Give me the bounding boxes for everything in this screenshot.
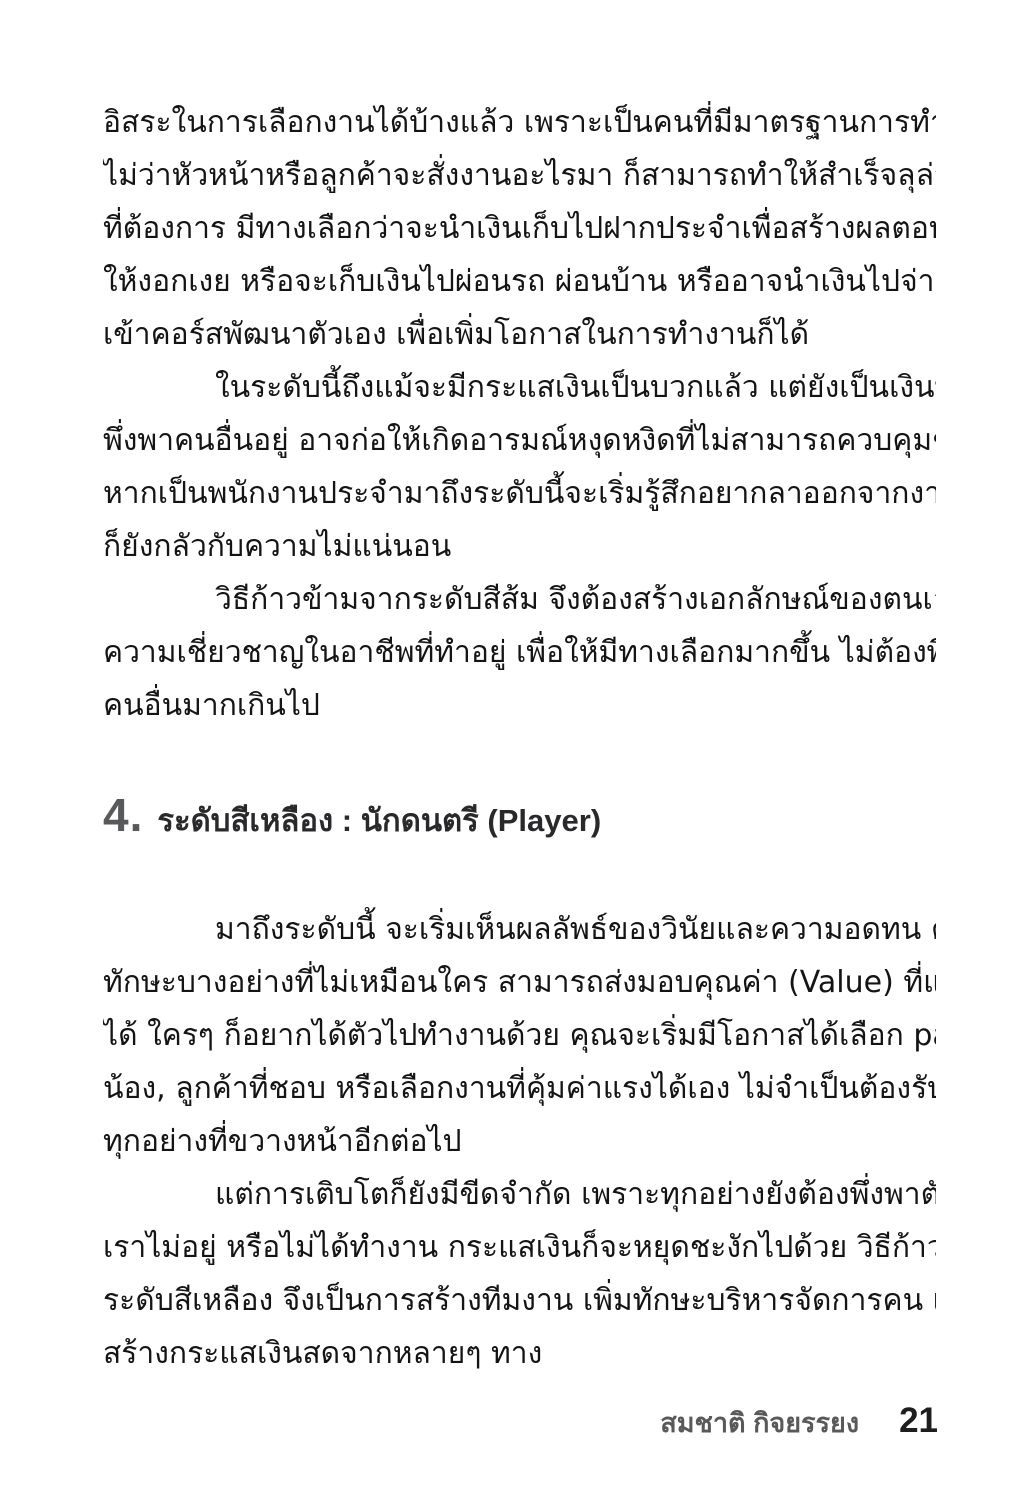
paragraph-line: หากเป็นพนักงานประจำมาถึงระดับนี้จะเริ่มร… bbox=[103, 467, 936, 520]
paragraph-line: ได้ ใครๆ ก็อยากได้ตัวไปทำงานด้วย คุณจะเร… bbox=[103, 1009, 936, 1062]
paragraph-line: ในระดับนี้ถึงแม้จะมีกระแสเงินเป็นบวกแล้ว… bbox=[103, 361, 936, 414]
author-name: สมชาติ กิจยรรยง bbox=[660, 1401, 859, 1444]
paragraph-line: ทุกอย่างที่ขวางหน้าอีกต่อไป bbox=[103, 1115, 936, 1168]
page-content: อิสระในการเลือกงานได้บ้างแล้ว เพราะเป็นค… bbox=[103, 96, 936, 1380]
paragraph-line: ไม่ว่าหัวหน้าหรือลูกค้าจะสั่งงานอะไรมา ก… bbox=[103, 149, 936, 202]
paragraph-5: แต่การเติบโตก็ยังมีขีดจำกัด เพราะทุกอย่า… bbox=[103, 1168, 936, 1380]
paragraph-1: อิสระในการเลือกงานได้บ้างแล้ว เพราะเป็นค… bbox=[103, 96, 936, 361]
paragraph-line: เข้าคอร์สพัฒนาตัวเอง เพื่อเพิ่มโอกาสในกา… bbox=[103, 308, 936, 361]
paragraph-line: แต่การเติบโตก็ยังมีขีดจำกัด เพราะทุกอย่า… bbox=[103, 1168, 936, 1221]
paragraph-line: ที่ต้องการ มีทางเลือกว่าจะนำเงินเก็บไปฝา… bbox=[103, 202, 936, 255]
paragraph-line: สร้างกระแสเงินสดจากหลายๆ ทาง bbox=[103, 1327, 936, 1380]
paragraph-line: ก็ยังกลัวกับความไม่แน่นอน bbox=[103, 520, 936, 573]
page-footer: สมชาติ กิจยรรยง 21 bbox=[660, 1401, 938, 1444]
paragraph-line: พึ่งพาคนอื่นอยู่ อาจก่อให้เกิดอารมณ์หงุด… bbox=[103, 414, 936, 467]
section-title: ระดับสีเหลือง : นักดนตรี (Player) bbox=[157, 795, 601, 845]
paragraph-line: ระดับสีเหลือง จึงเป็นการสร้างทีมงาน เพิ่… bbox=[103, 1274, 936, 1327]
paragraph-line: ความเชี่ยวชาญในอาชีพที่ทำอยู่ เพื่อให้มี… bbox=[103, 626, 936, 679]
paragraph-line: อิสระในการเลือกงานได้บ้างแล้ว เพราะเป็นค… bbox=[103, 96, 936, 149]
section-number: 4. bbox=[103, 788, 143, 842]
paragraph-line: ทักษะบางอย่างที่ไม่เหมือนใคร สามารถส่งมอ… bbox=[103, 956, 936, 1009]
book-page: อิสระในการเลือกงานได้บ้างแล้ว เพราะเป็นค… bbox=[0, 0, 1028, 1486]
paragraph-line: มาถึงระดับนี้ จะเริ่มเห็นผลลัพธ์ของวินัย… bbox=[103, 903, 936, 956]
paragraph-3: วิธีก้าวข้ามจากระดับสีส้ม จึงต้องสร้างเอ… bbox=[103, 573, 936, 732]
page-number: 21 bbox=[899, 1401, 938, 1441]
paragraph-line: น้อง, ลูกค้าที่ชอบ หรือเลือกงานที่คุ้มค่… bbox=[103, 1062, 936, 1115]
paragraph-line: เราไม่อยู่ หรือไม่ได้ทำงาน กระแสเงินก็จะ… bbox=[103, 1221, 936, 1274]
paragraph-4: มาถึงระดับนี้ จะเริ่มเห็นผลลัพธ์ของวินัย… bbox=[103, 903, 936, 1168]
paragraph-line: วิธีก้าวข้ามจากระดับสีส้ม จึงต้องสร้างเอ… bbox=[103, 573, 936, 626]
section-heading: 4. ระดับสีเหลือง : นักดนตรี (Player) bbox=[103, 788, 936, 845]
paragraph-2: ในระดับนี้ถึงแม้จะมีกระแสเงินเป็นบวกแล้ว… bbox=[103, 361, 936, 573]
paragraph-line: ให้งอกเงย หรือจะเก็บเงินไปผ่อนรถ ผ่อนบ้า… bbox=[103, 255, 936, 308]
paragraph-line: คนอื่นมากเกินไป bbox=[103, 679, 936, 732]
